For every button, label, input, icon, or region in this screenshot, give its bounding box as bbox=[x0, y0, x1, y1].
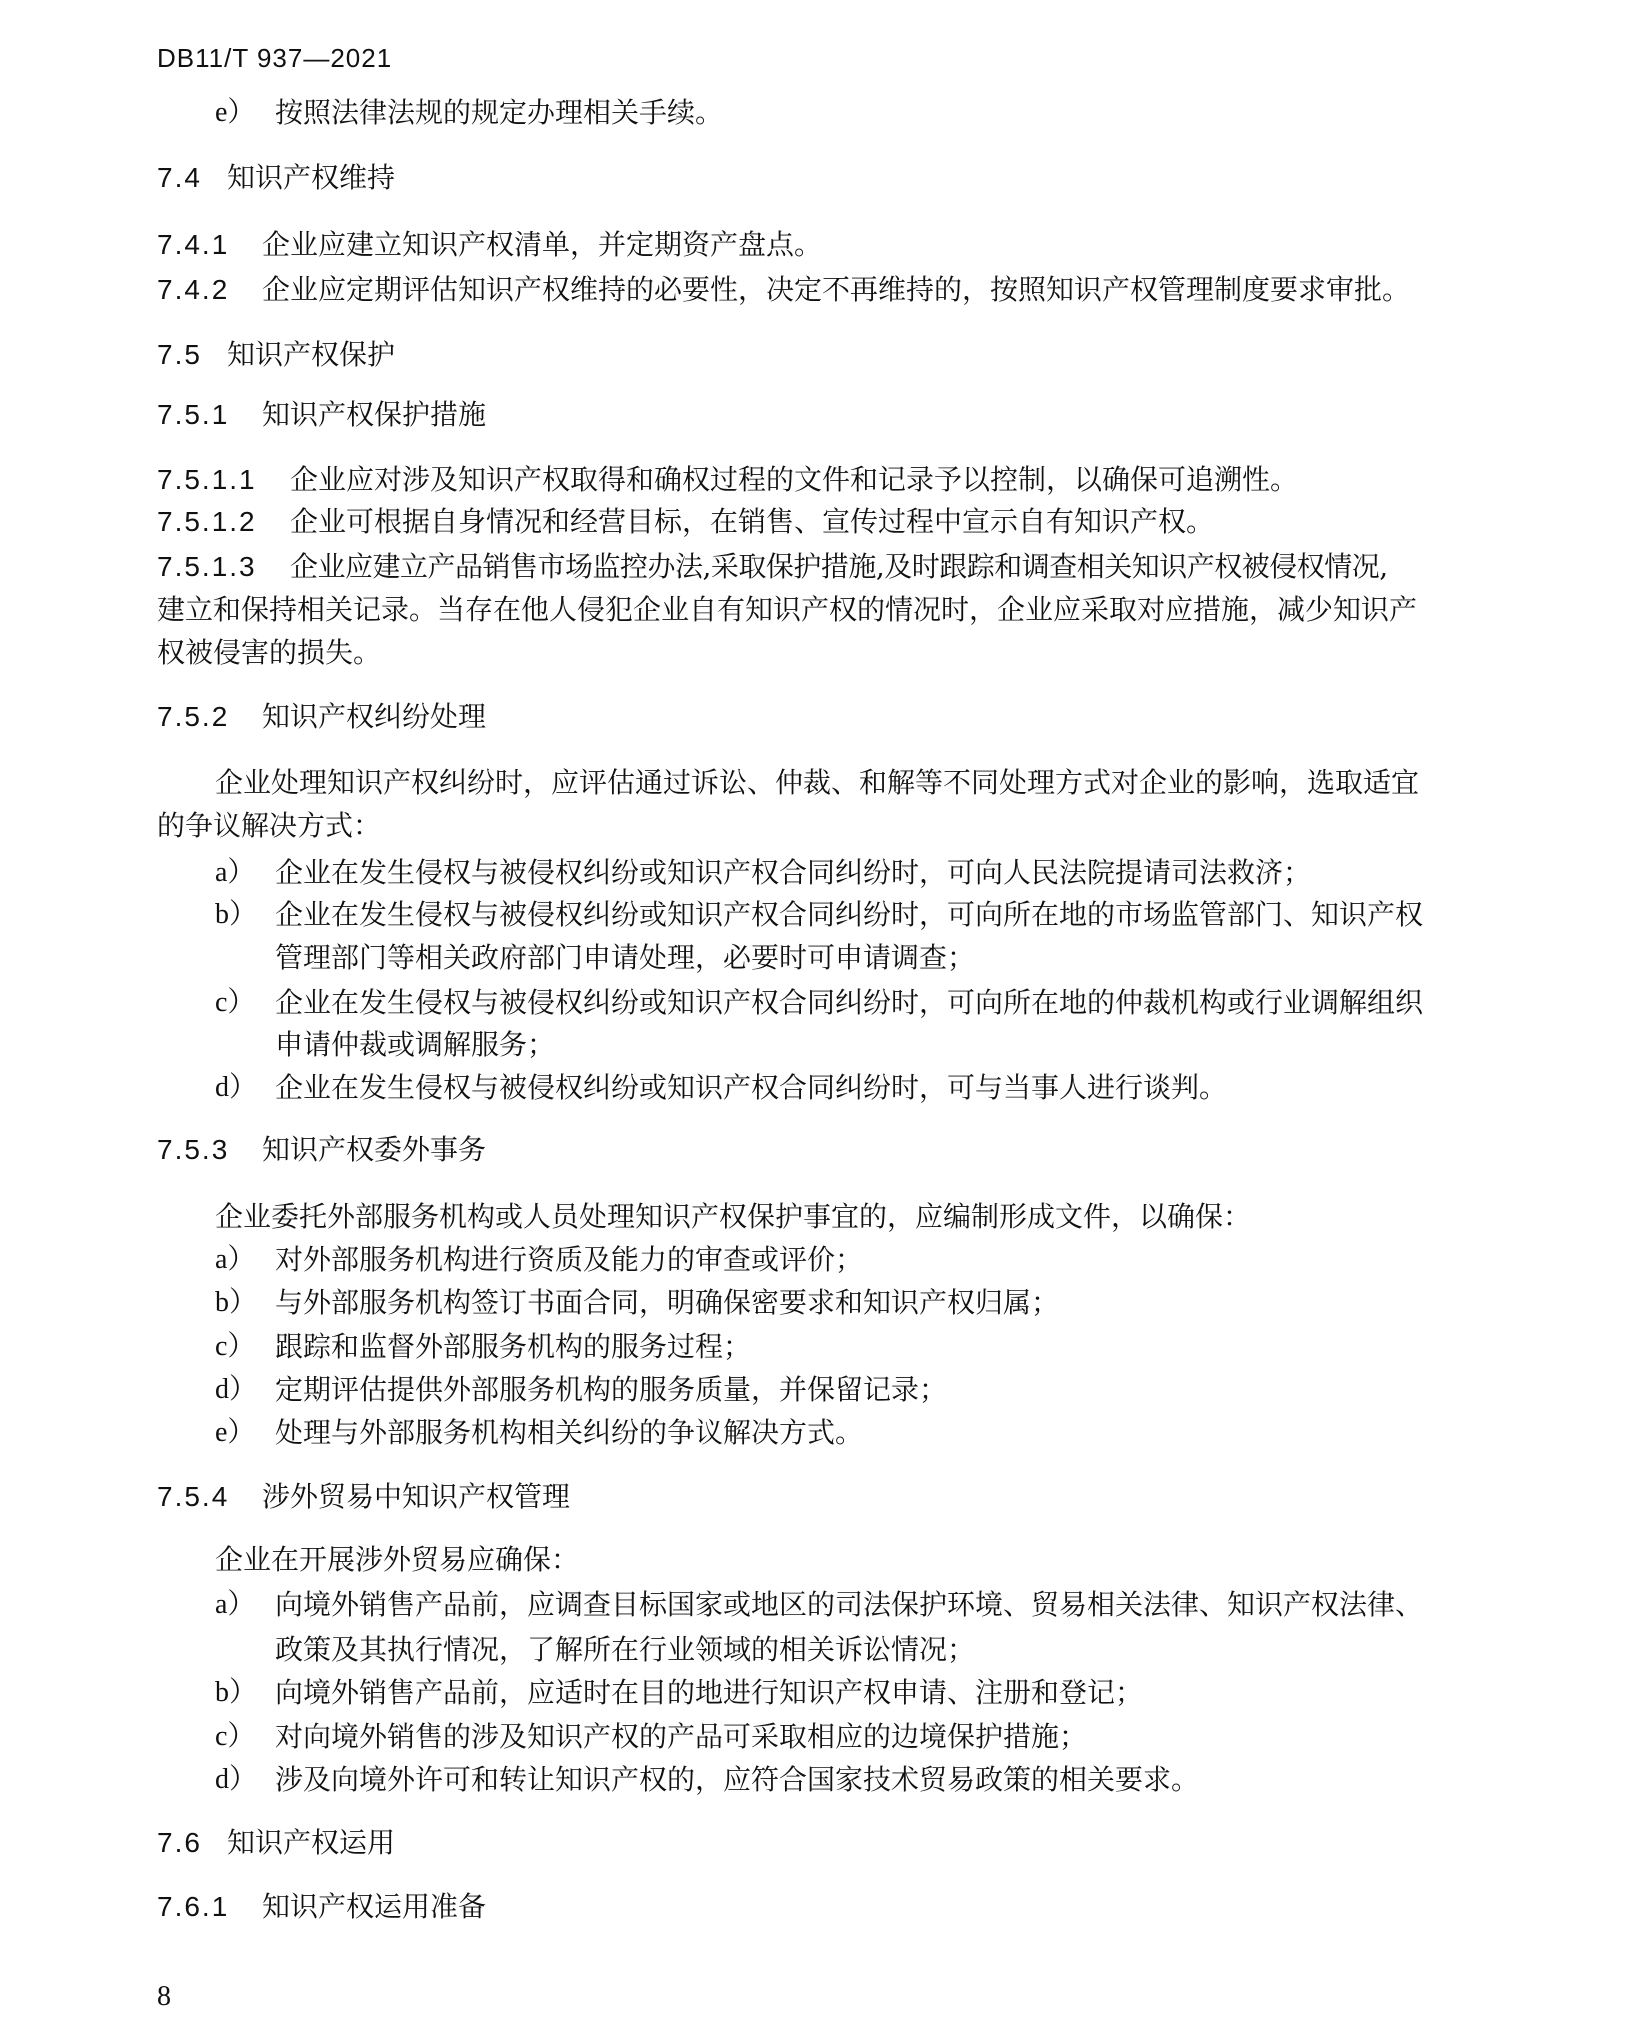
section-heading-7-5: 7.5知识产权保护 bbox=[157, 337, 395, 373]
list-item-text: 企业在发生侵权与被侵权纠纷或知识产权合同纠纷时，可向人民法院提请司法救济； bbox=[275, 855, 1311, 891]
clause-number: 7.4.2 bbox=[157, 272, 262, 308]
clause-text: 企业应对涉及知识产权取得和确权过程的文件和记录予以控制，以确保可追溯性。 bbox=[290, 463, 1298, 496]
section-title: 知识产权运用准备 bbox=[262, 1890, 486, 1923]
list-item-text: 与外部服务机构签订书面合同，明确保密要求和知识产权归属； bbox=[275, 1285, 1059, 1321]
section-number: 7.5.2 bbox=[157, 699, 262, 735]
list-item-text: 涉及向境外许可和转让知识产权的，应符合国家技术贸易政策的相关要求。 bbox=[275, 1762, 1199, 1798]
section-heading-7-5-2: 7.5.2知识产权纠纷处理 bbox=[157, 699, 486, 735]
clause-text: 企业应定期评估知识产权维持的必要性，决定不再维持的，按照知识产权管理制度要求审批… bbox=[262, 273, 1410, 306]
section-number: 7.5.1 bbox=[157, 397, 262, 433]
clause-number: 7.5.1.3 bbox=[157, 549, 290, 585]
standard-code-header: DB11/T 937—2021 bbox=[157, 40, 392, 76]
list-item-text: 处理与外部服务机构相关纠纷的争议解决方式。 bbox=[275, 1415, 863, 1451]
clause-7-4-2: 7.4.2企业应定期评估知识产权维持的必要性，决定不再维持的，按照知识产权管理制… bbox=[157, 272, 1410, 308]
list-item-text-continued: 政策及其执行情况，了解所在行业领域的相关诉讼情况； bbox=[275, 1632, 975, 1668]
section-title: 涉外贸易中知识产权管理 bbox=[262, 1480, 570, 1513]
list-item-text: 企业在发生侵权与被侵权纠纷或知识产权合同纠纷时，可向所在地的市场监管部门、知识产… bbox=[275, 897, 1423, 933]
page-number: 8 bbox=[157, 1979, 171, 2015]
section-number: 7.5.3 bbox=[157, 1132, 262, 1168]
section-heading-7-5-4: 7.5.4涉外贸易中知识产权管理 bbox=[157, 1479, 570, 1515]
paragraph: 企业委托外部服务机构或人员处理知识产权保护事宜的，应编制形成文件，以确保： bbox=[215, 1199, 1251, 1235]
clause-text-continued: 建立和保持相关记录。当存在他人侵犯企业自有知识产权的情况时，企业应采取对应措施，… bbox=[157, 592, 1417, 628]
clause-7-4-1: 7.4.1企业应建立知识产权清单，并定期资产盘点。 bbox=[157, 227, 822, 263]
section-heading-7-6: 7.6知识产权运用 bbox=[157, 1825, 395, 1861]
list-marker: c） bbox=[215, 1719, 255, 1755]
list-marker: b） bbox=[215, 897, 257, 933]
list-marker: a） bbox=[215, 1242, 255, 1278]
clause-line: 7.5.1.3企业应建立产品销售市场监控办法,采取保护措施,及时跟踪和调查相关知… bbox=[157, 549, 1388, 585]
clause-7-5-1-1: 7.5.1.1企业应对涉及知识产权取得和确权过程的文件和记录予以控制，以确保可追… bbox=[157, 462, 1298, 498]
section-title: 知识产权保护 bbox=[227, 338, 395, 371]
section-number: 7.6.1 bbox=[157, 1889, 262, 1925]
list-item-text: 向境外销售产品前，应适时在目的地进行知识产权申请、注册和登记； bbox=[275, 1675, 1143, 1711]
section-title: 知识产权纠纷处理 bbox=[262, 700, 486, 733]
list-marker: e） bbox=[215, 1415, 255, 1451]
list-item-text: 定期评估提供外部服务机构的服务质量，并保留记录； bbox=[275, 1372, 947, 1408]
clause-number: 7.5.1.2 bbox=[157, 504, 290, 540]
list-marker: e） bbox=[215, 95, 255, 131]
section-title: 知识产权维持 bbox=[227, 161, 395, 194]
list-item-text: 按照法律法规的规定办理相关手续。 bbox=[275, 95, 723, 131]
section-title: 知识产权委外事务 bbox=[262, 1133, 486, 1166]
list-marker: c） bbox=[215, 985, 255, 1021]
list-item-text-continued: 管理部门等相关政府部门申请处理，必要时可申请调查； bbox=[275, 940, 975, 976]
list-item-text: 企业在发生侵权与被侵权纠纷或知识产权合同纠纷时，可与当事人进行谈判。 bbox=[275, 1070, 1227, 1106]
clause-text-continued: 权被侵害的损失。 bbox=[157, 635, 381, 671]
list-item-text: 企业在发生侵权与被侵权纠纷或知识产权合同纠纷时，可向所在地的仲裁机构或行业调解组… bbox=[275, 985, 1423, 1021]
section-number: 7.6 bbox=[157, 1825, 227, 1861]
list-marker: d） bbox=[215, 1372, 257, 1408]
list-marker: d） bbox=[215, 1762, 257, 1798]
list-item-text: 对外部服务机构进行资质及能力的审查或评价； bbox=[275, 1242, 863, 1278]
section-number: 7.4 bbox=[157, 160, 227, 196]
list-marker: a） bbox=[215, 1587, 255, 1623]
clause-number: 7.4.1 bbox=[157, 227, 262, 263]
section-title: 知识产权运用 bbox=[227, 1826, 395, 1859]
clause-text: 企业应建立知识产权清单，并定期资产盘点。 bbox=[262, 228, 822, 261]
document-page: DB11/T 937—2021 e） 按照法律法规的规定办理相关手续。 7.4知… bbox=[0, 0, 1652, 2037]
paragraph: 企业在开展涉外贸易应确保： bbox=[215, 1542, 579, 1578]
section-title: 知识产权保护措施 bbox=[262, 398, 486, 431]
section-heading-7-4: 7.4知识产权维持 bbox=[157, 160, 395, 196]
clause-text: 企业应建立产品销售市场监控办法,采取保护措施,及时跟踪和调查相关知识产权被侵权情… bbox=[290, 550, 1388, 583]
list-item-text: 跟踪和监督外部服务机构的服务过程； bbox=[275, 1329, 751, 1365]
list-marker: b） bbox=[215, 1285, 257, 1321]
clause-text: 企业可根据自身情况和经营目标，在销售、宣传过程中宣示自有知识产权。 bbox=[290, 505, 1214, 538]
paragraph-continued: 的争议解决方式： bbox=[157, 808, 381, 844]
list-marker: c） bbox=[215, 1329, 255, 1365]
clause-7-5-1-2: 7.5.1.2企业可根据自身情况和经营目标，在销售、宣传过程中宣示自有知识产权。 bbox=[157, 504, 1214, 540]
list-item-text: 对向境外销售的涉及知识产权的产品可采取相应的边境保护措施； bbox=[275, 1719, 1087, 1755]
list-marker: a） bbox=[215, 855, 255, 891]
list-item-text-continued: 申请仲裁或调解服务； bbox=[275, 1027, 555, 1063]
list-marker: d） bbox=[215, 1070, 257, 1106]
list-item-text: 向境外销售产品前，应调查目标国家或地区的司法保护环境、贸易相关法律、知识产权法律… bbox=[275, 1587, 1423, 1623]
section-heading-7-6-1: 7.6.1知识产权运用准备 bbox=[157, 1889, 486, 1925]
section-heading-7-5-1: 7.5.1知识产权保护措施 bbox=[157, 397, 486, 433]
section-heading-7-5-3: 7.5.3知识产权委外事务 bbox=[157, 1132, 486, 1168]
list-marker: b） bbox=[215, 1675, 257, 1711]
section-number: 7.5.4 bbox=[157, 1479, 262, 1515]
clause-number: 7.5.1.1 bbox=[157, 462, 290, 498]
paragraph: 企业处理知识产权纠纷时，应评估通过诉讼、仲裁、和解等不同处理方式对企业的影响，选… bbox=[215, 765, 1419, 801]
section-number: 7.5 bbox=[157, 337, 227, 373]
